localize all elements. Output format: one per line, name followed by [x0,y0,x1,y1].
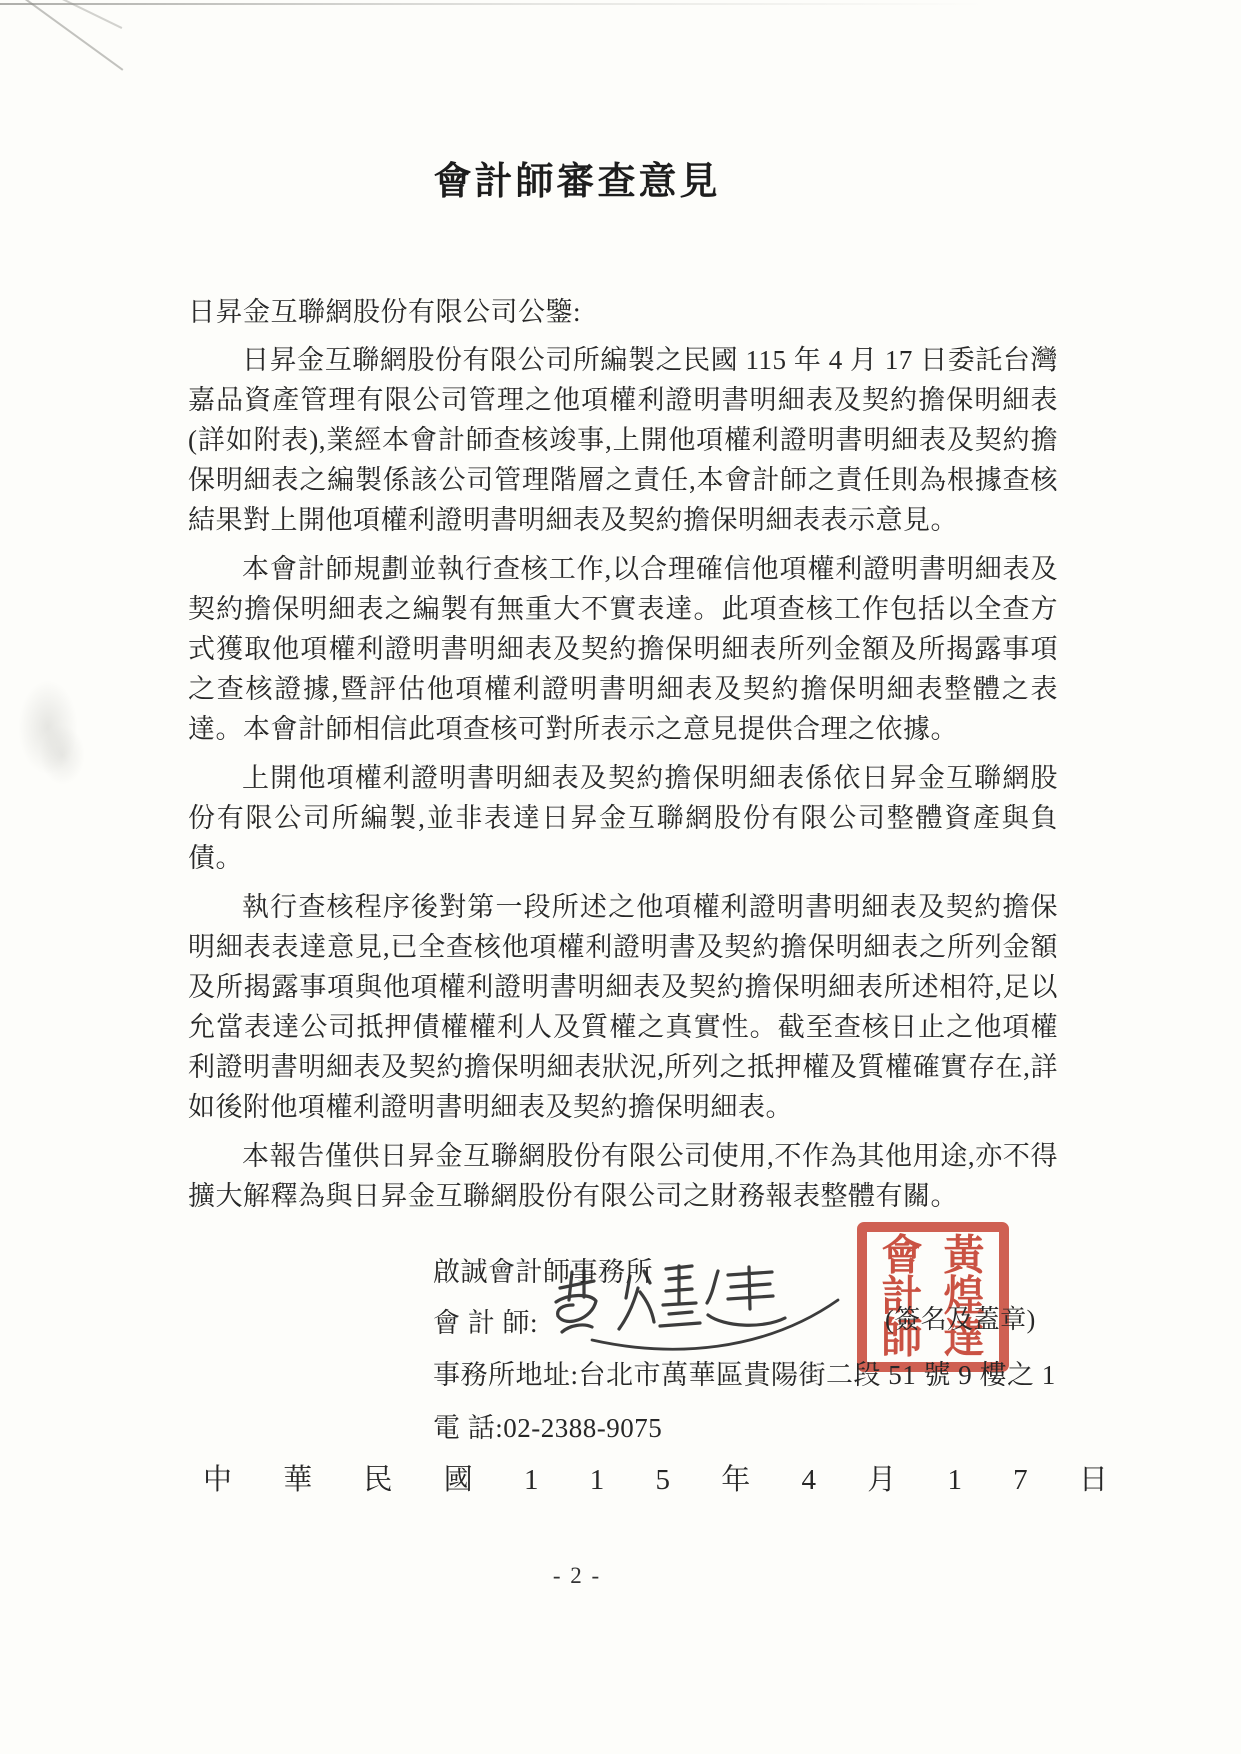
date-character: 華 [283,1460,312,1500]
seal-note: (簽名及蓋章) [885,1300,1036,1340]
paragraph-basis: 上開他項權利證明書明細表及契約擔保明細表係依日昇金互聯網股份有限公司所編製,並非… [188,758,1058,878]
scanned-audit-report-page: 會計師審查意見 日昇金互聯網股份有限公司公鑒: 日昇金互聯網股份有限公司所編製之… [0,0,1241,1754]
page-title: 會計師審查意見 [433,150,720,205]
scan-smudge [18,680,78,775]
firm-phone: 電 話:02-2388-9075 [433,1408,662,1448]
date-character: 月 [867,1460,896,1500]
page-number-row: - 2 - [0,1563,1154,1589]
paragraph-audit-work: 本會計師規劃並執行查核工作,以合理確信他項權利證明書明細表及契約擔保明細表之編製… [188,549,1058,749]
firm-address: 事務所地址:台北市萬華區貴陽街二段 51 號 9 樓之 1 [433,1355,1056,1395]
date-character: 中 [203,1460,232,1500]
date-character: 民 [364,1460,393,1500]
date-character: 1 [590,1460,605,1500]
date-character: 4 [801,1460,816,1500]
accountant-label: 會 計 師: [433,1303,538,1343]
date-character: 1 [524,1460,539,1500]
seal-character: 黃 [944,1235,985,1277]
seal-character: 會 [882,1235,923,1277]
seal-column-left: 會 計 師 [882,1235,923,1359]
date-character: 日 [1079,1460,1108,1500]
paragraph-opinion: 執行查核程序後對第一段所述之他項權利證明書明細表及契約擔保明細表表達意見,已全查… [188,887,1058,1127]
scan-crease-line [0,0,122,29]
roc-date-line: 中 華 民 國 1 1 5 年 4 月 1 7 日 [203,1460,1108,1500]
date-character: 1 [947,1460,962,1500]
scan-edge-line [0,3,985,5]
title-row: 會計師審查意見 [0,150,1154,205]
report-body: 日昇金互聯網股份有限公司公鑒: 日昇金互聯網股份有限公司所編製之民國 115 年… [188,292,1058,1225]
seal-column-right: 黃 煌 達 [944,1235,985,1359]
paragraph-scope: 日昇金互聯網股份有限公司所編製之民國 115 年 4 月 17 日委託台灣嘉品資… [188,340,1058,540]
salutation: 日昇金互聯網股份有限公司公鑒: [188,292,1058,332]
scan-smudge [40,725,85,785]
accountant-seal-stamp: 黃 煌 達 會 計 師 [857,1222,1009,1372]
paragraph-restriction: 本報告僅供日昇金互聯網股份有限公司使用,不作為其他用途,亦不得擴大解釋為與日昇金… [188,1136,1058,1216]
page-number: - 2 - [553,1563,601,1588]
date-character: 5 [655,1460,670,1500]
date-character: 7 [1013,1460,1028,1500]
date-character: 年 [721,1460,750,1500]
date-character: 國 [444,1460,473,1500]
scan-crease-line [0,0,123,71]
accountant-signature [532,1256,867,1366]
